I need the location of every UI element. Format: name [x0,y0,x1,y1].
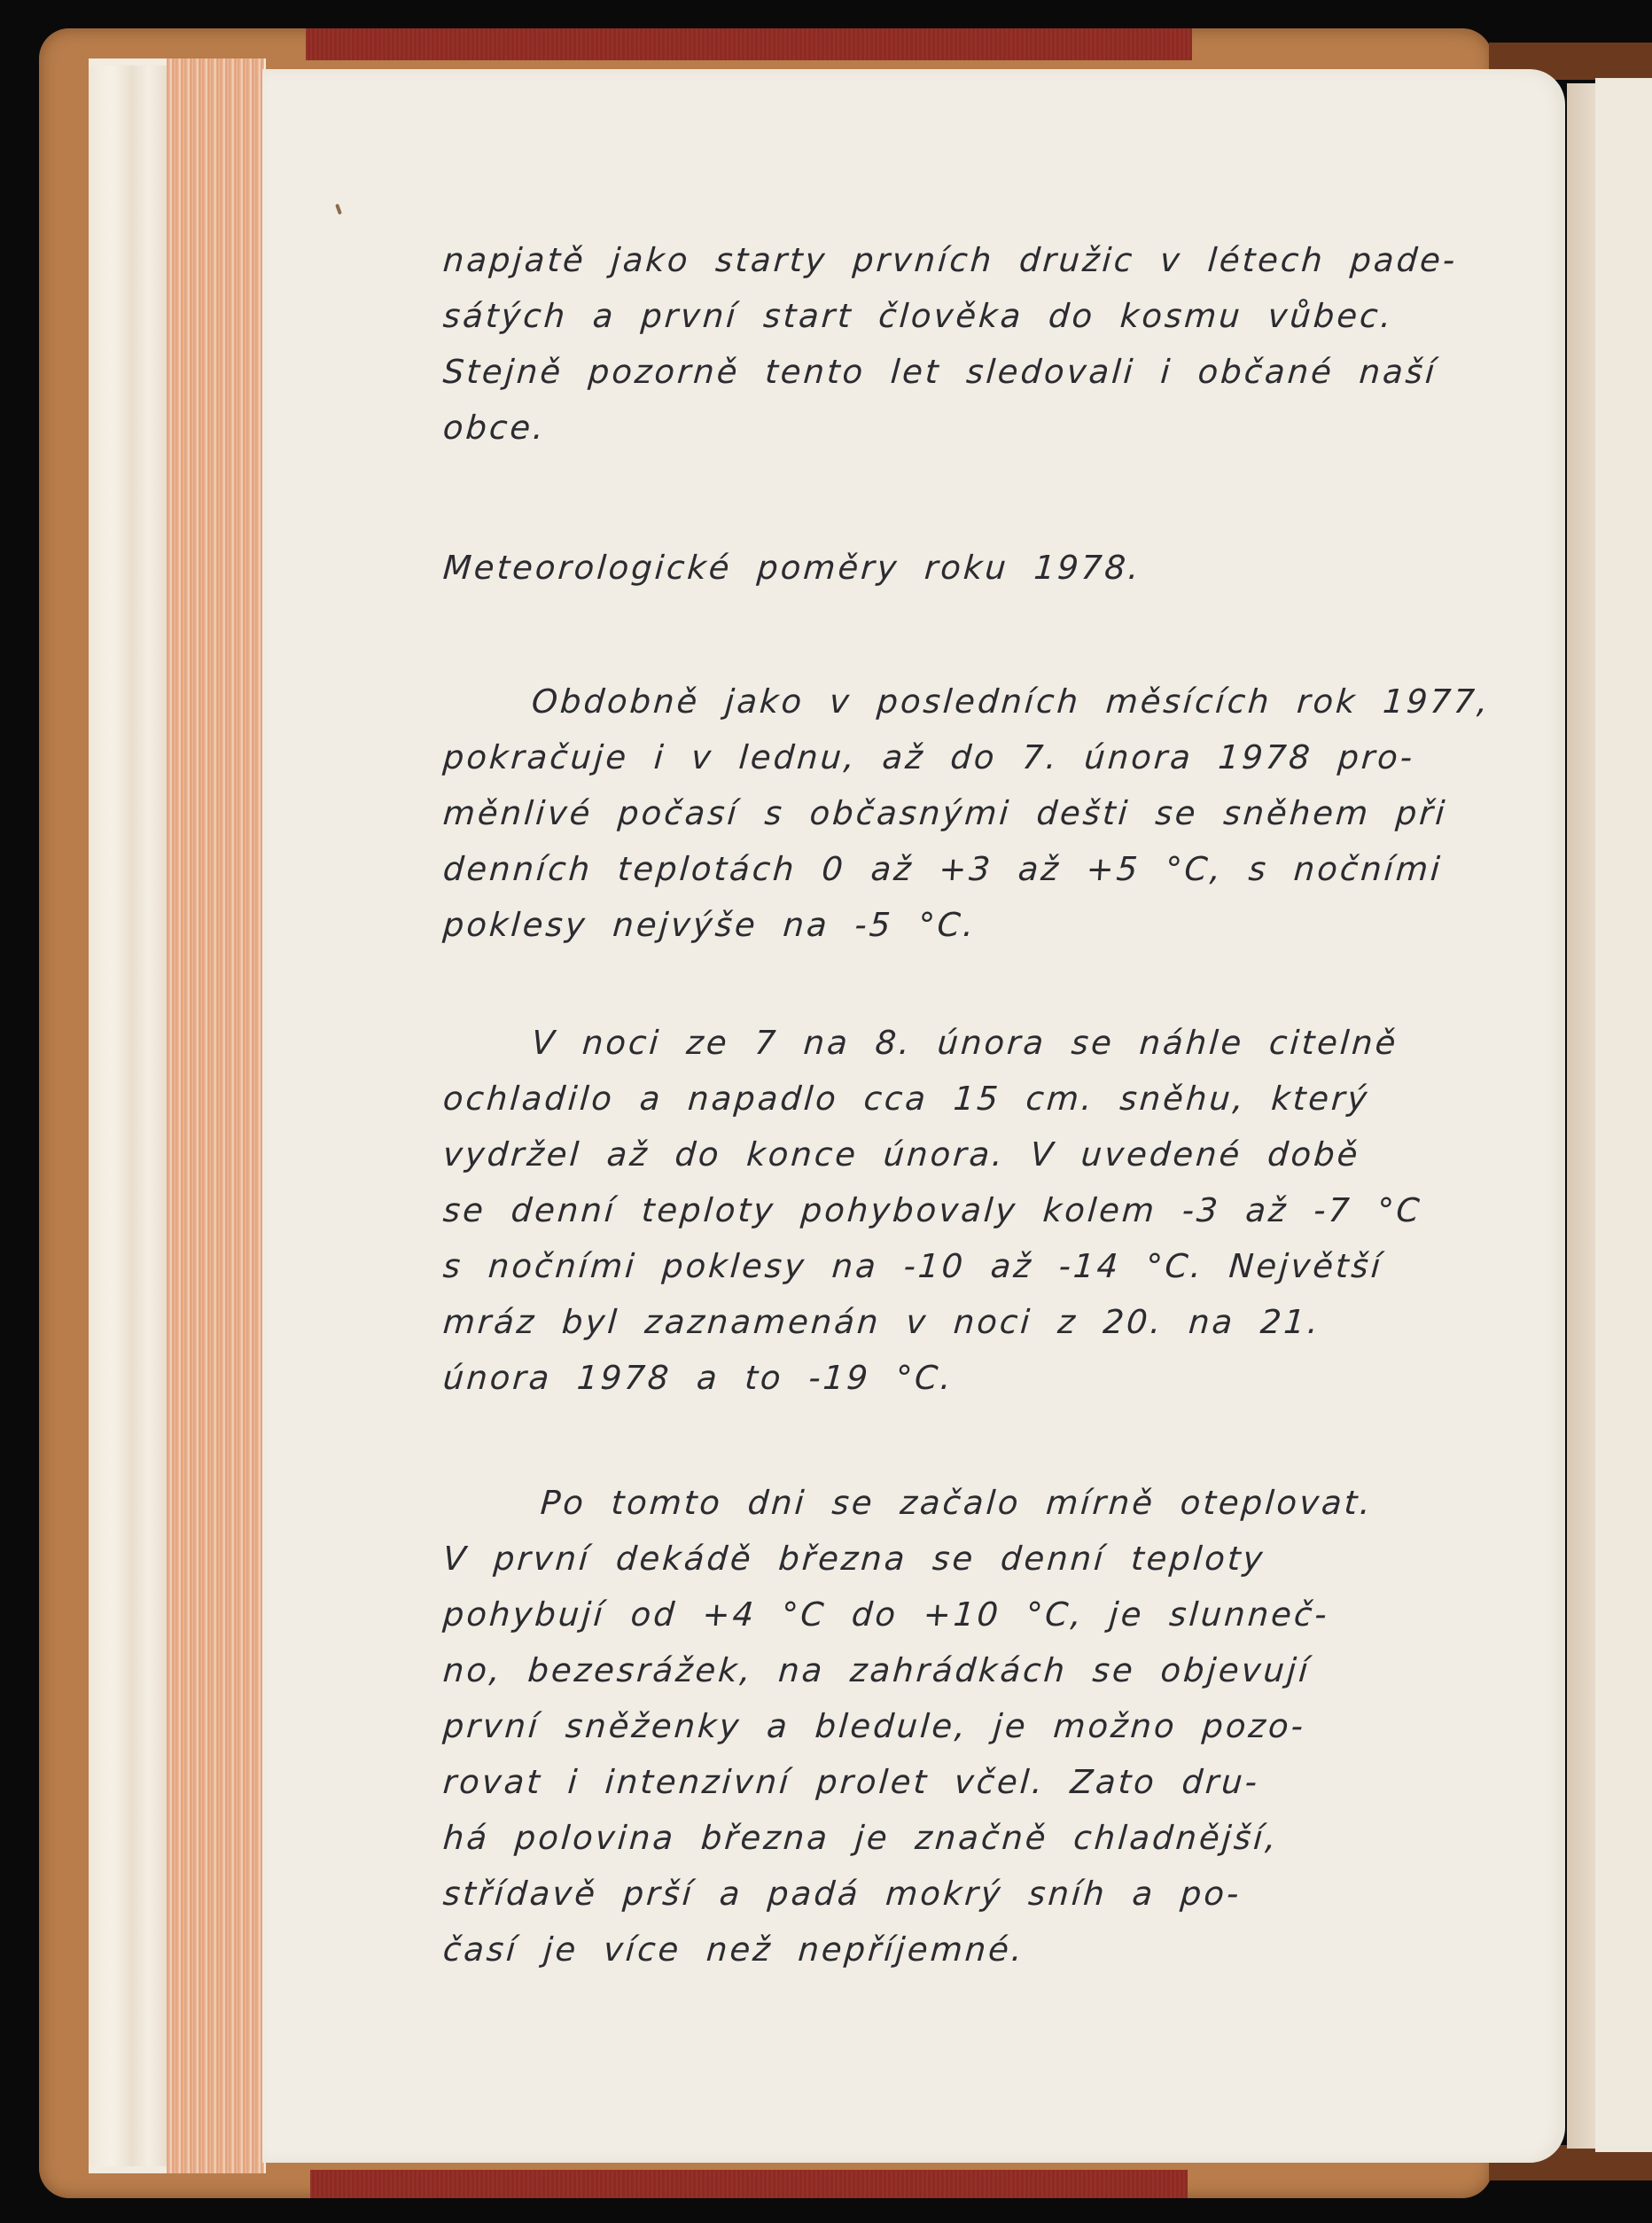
facing-page-edge [1595,78,1652,2152]
text-line: V první dekádě března se denní teploty [441,1531,1473,1587]
text-line: Obdobně jako v posledních měsících rok 1… [441,674,1473,729]
paragraph-3: Po tomto dni se začalo mírně oteplovat. … [443,1475,1471,1977]
text-line: poklesy nejvýše na -5 °C. [441,897,1473,953]
text-line: V noci ze 7 na 8. února se náhle citelně [441,1015,1473,1071]
text-line: há polovina března je značně chladnější, [441,1810,1473,1866]
page-edges-colored [167,58,264,2173]
text-line: střídavě prší a padá mokrý sníh a po- [441,1866,1473,1922]
text-line: rovat i intenzivní prolet včel. Zato dru… [441,1754,1473,1810]
text-line: mráz byl zaznamenán v noci z 20. na 21. [441,1294,1473,1350]
text-line: obce. [441,400,1473,456]
paragraph-2: V noci ze 7 na 8. února se náhle citelně… [443,1015,1471,1406]
book-scan: napjatě jako starty prvních družic v lét… [0,0,1652,2223]
text-line: no, bezesrážek, na zahrádkách se objevuj… [441,1642,1473,1698]
text-line: pokračuje i v lednu, až do 7. února 1978… [441,729,1473,785]
book-gutter [1567,83,1597,2149]
text-line: časí je více než nepříjemné. [441,1922,1473,1977]
handwritten-text: napjatě jako starty prvních družic v lét… [443,232,1471,1977]
text-line: sátých a první start člověka do kosmu vů… [441,288,1473,344]
text-line: ochladilo a napadlo cca 15 cm. sněhu, kt… [441,1071,1473,1127]
paragraph-1: Obdobně jako v posledních měsících rok 1… [443,674,1471,953]
text-line: vydržel až do konce února. V uvedené dob… [441,1127,1473,1182]
text-line: napjatě jako starty prvních družic v lét… [441,232,1473,288]
text-line: Po tomto dni se začalo mírně oteplovat. [441,1475,1473,1531]
page-edge-stack [89,58,266,2173]
text-line: února 1978 a to -19 °C. [441,1350,1473,1406]
cloth-binding-bottom [310,2170,1188,2198]
text-line: se denní teploty pohybovaly kolem -3 až … [441,1182,1473,1238]
text-line: s nočními poklesy na -10 až -14 °C. Nejv… [441,1238,1473,1294]
page-edges-white [89,66,168,2166]
text-line: Stejně pozorně tento let sledovali i obč… [441,344,1473,400]
cloth-binding-top [306,28,1192,60]
text-line: denních teplotách 0 až +3 až +5 °C, s no… [441,841,1473,897]
text-line: pohybují od +4 °C do +10 °C, je slunneč- [441,1587,1473,1642]
section-heading: Meteorologické poměry roku 1978. [441,540,1473,596]
intro-block: napjatě jako starty prvních družic v lét… [443,232,1471,456]
text-line: měnlivé počasí s občasnými dešti se sněh… [441,785,1473,841]
text-line: první sněženky a bledule, je možno pozo- [441,1698,1473,1754]
